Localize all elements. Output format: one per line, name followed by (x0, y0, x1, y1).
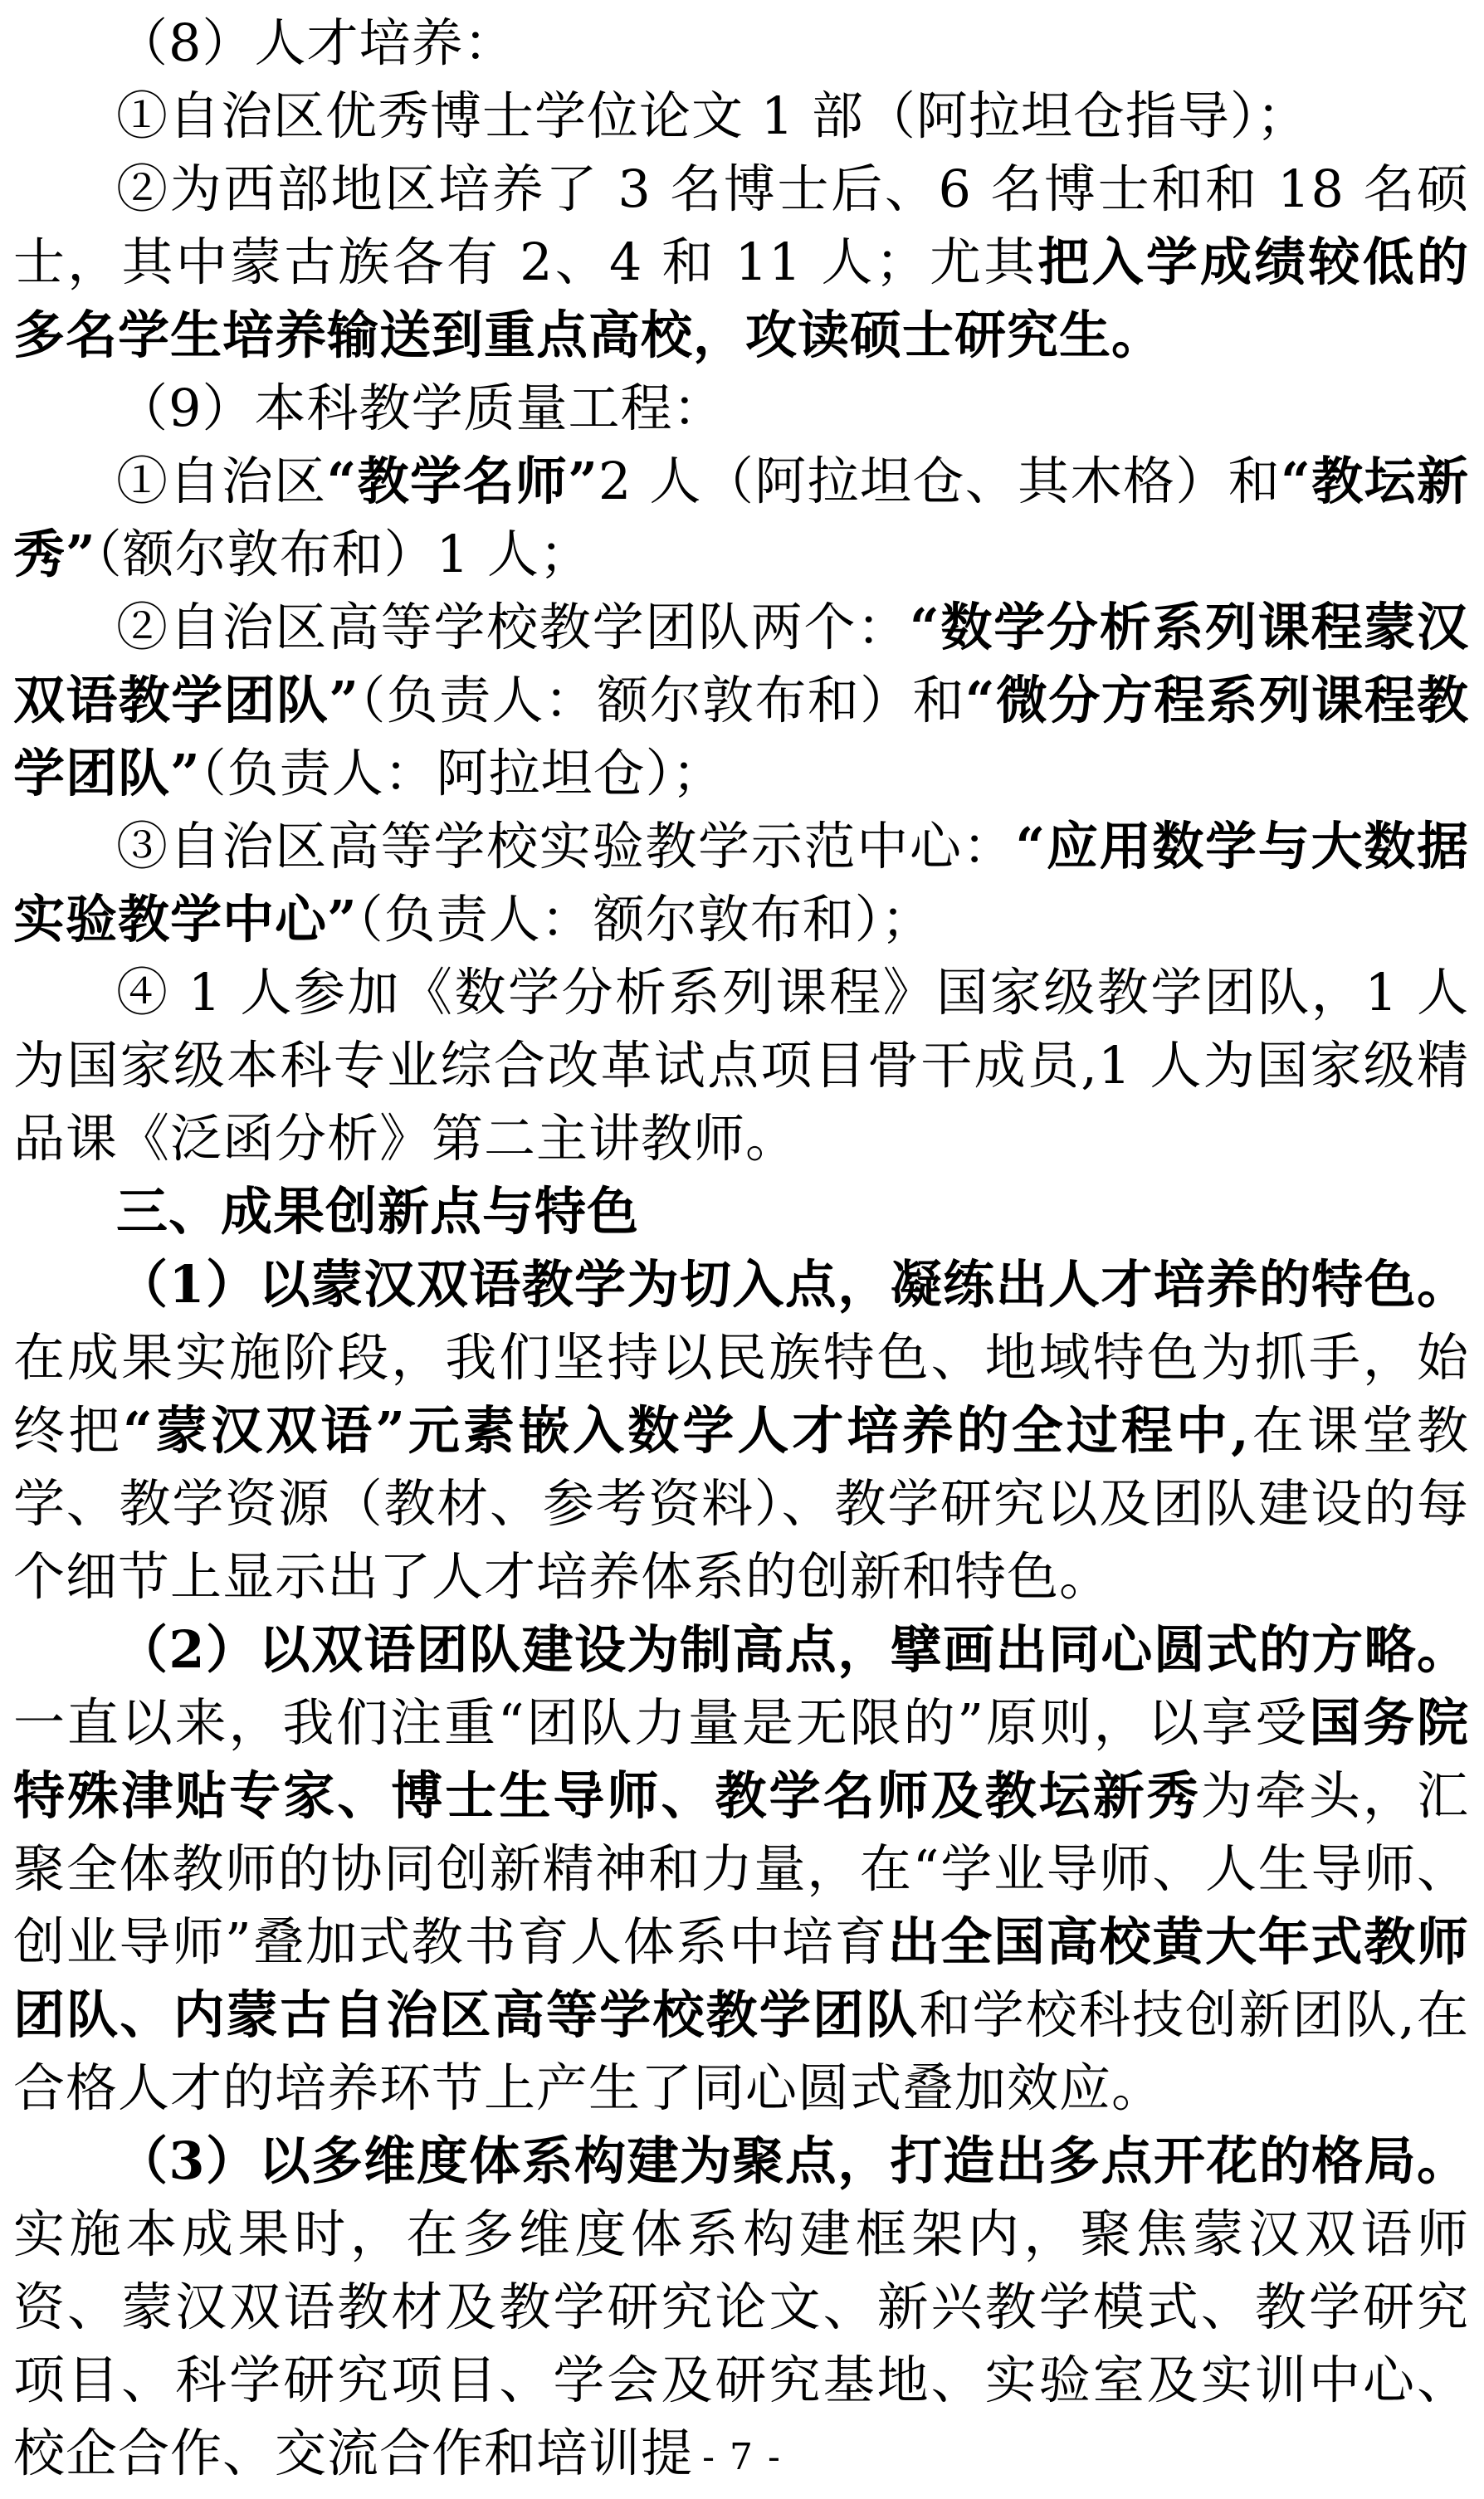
text-run: ①自治区优秀博士学位论文 1 部（阿拉坦仓指导）； (116, 85, 1309, 146)
text-run: “蒙汉双语”元素嵌入数学人才培养的全过程中, (123, 1400, 1250, 1461)
document-body: （8）人才培养：①自治区优秀博士学位论文 1 部（阿拉坦仓指导）；②为西部地区培… (13, 7, 1469, 2490)
paragraph: （8）人才培养： (13, 7, 1469, 80)
paragraph: （1）以蒙汉双语教学为切入点，凝练出人才培养的特色。在成果实施阶段，我们坚持以民… (13, 1248, 1469, 1613)
paragraph: ②自治区高等学校教学团队两个：“数学分析系列课程蒙汉双语教学团队”（负责人：额尔… (13, 591, 1469, 810)
text-run: ①自治区 (116, 451, 327, 511)
text-run: （3）以多维度体系构建为聚点，打造出多点开花的格局。 (116, 2130, 1469, 2191)
text-run: ②自治区高等学校教学团队两个： (116, 597, 910, 657)
text-run: （额尔敦布和）1 人； (96, 524, 592, 584)
text-run: （负责人：额尔敦布和）； (358, 889, 934, 949)
page-number: - 7 - (0, 2436, 1484, 2479)
paragraph: （3）以多维度体系构建为聚点，打造出多点开花的格局。实施本成果时，在多维度体系构… (13, 2125, 1469, 2490)
text-run: （2）以双语团队建设为制高点，擘画出同心圆式的方略。 (116, 1619, 1469, 1680)
paragraph: （2）以双语团队建设为制高点，擘画出同心圆式的方略。一直以来，我们注重“团队力量… (13, 1613, 1469, 2125)
text-run: ③自治区高等学校实验教学示范中心： (116, 816, 1015, 876)
text-run: （负责人：额尔敦布和）和 (359, 670, 965, 730)
paragraph: 三、成果创新点与特色 (13, 1175, 1469, 1248)
paragraph: ②为西部地区培养了 3 名博士后、6 名博士和和 18 名硕士，其中蒙古族各有 … (13, 153, 1469, 372)
document-page: （8）人才培养：①自治区优秀博士学位论文 1 部（阿拉坦仓指导）；②为西部地区培… (0, 0, 1484, 2499)
text-run: 三、成果创新点与特色 (116, 1181, 639, 1242)
paragraph: ①自治区优秀博士学位论文 1 部（阿拉坦仓指导）； (13, 80, 1469, 153)
text-run: （负责人：阿拉坦仓）； (201, 743, 725, 803)
text-run: 一直以来，我们注重“团队力量是无限的”原则，以享受 (13, 1692, 1309, 1753)
text-run: （9）本科教学质量工程： (116, 378, 725, 438)
text-run: （1）以蒙汉双语教学为切入点，凝练出人才培养的特色。 (116, 1254, 1469, 1315)
text-run: ④ 1 人参加《数学分析系列课程》国家级教学团队，1 人为国家级本科专业综合改革… (13, 962, 1469, 1169)
paragraph: ④ 1 人参加《数学分析系列课程》国家级教学团队，1 人为国家级本科专业综合改革… (13, 956, 1469, 1175)
text-run: （8）人才培养： (116, 12, 515, 73)
text-run: 2 人（阿拉坦仓、其木格）和 (598, 451, 1281, 511)
text-run: “教学名师” (327, 451, 598, 511)
paragraph: ③自治区高等学校实验教学示范中心：“应用数学与大数据实验教学中心”（负责人：额尔… (13, 810, 1469, 956)
paragraph: （9）本科教学质量工程： (13, 372, 1469, 445)
paragraph: ①自治区“教学名师”2 人（阿拉坦仓、其木格）和“教坛新秀”（额尔敦布和）1 人… (13, 445, 1469, 591)
